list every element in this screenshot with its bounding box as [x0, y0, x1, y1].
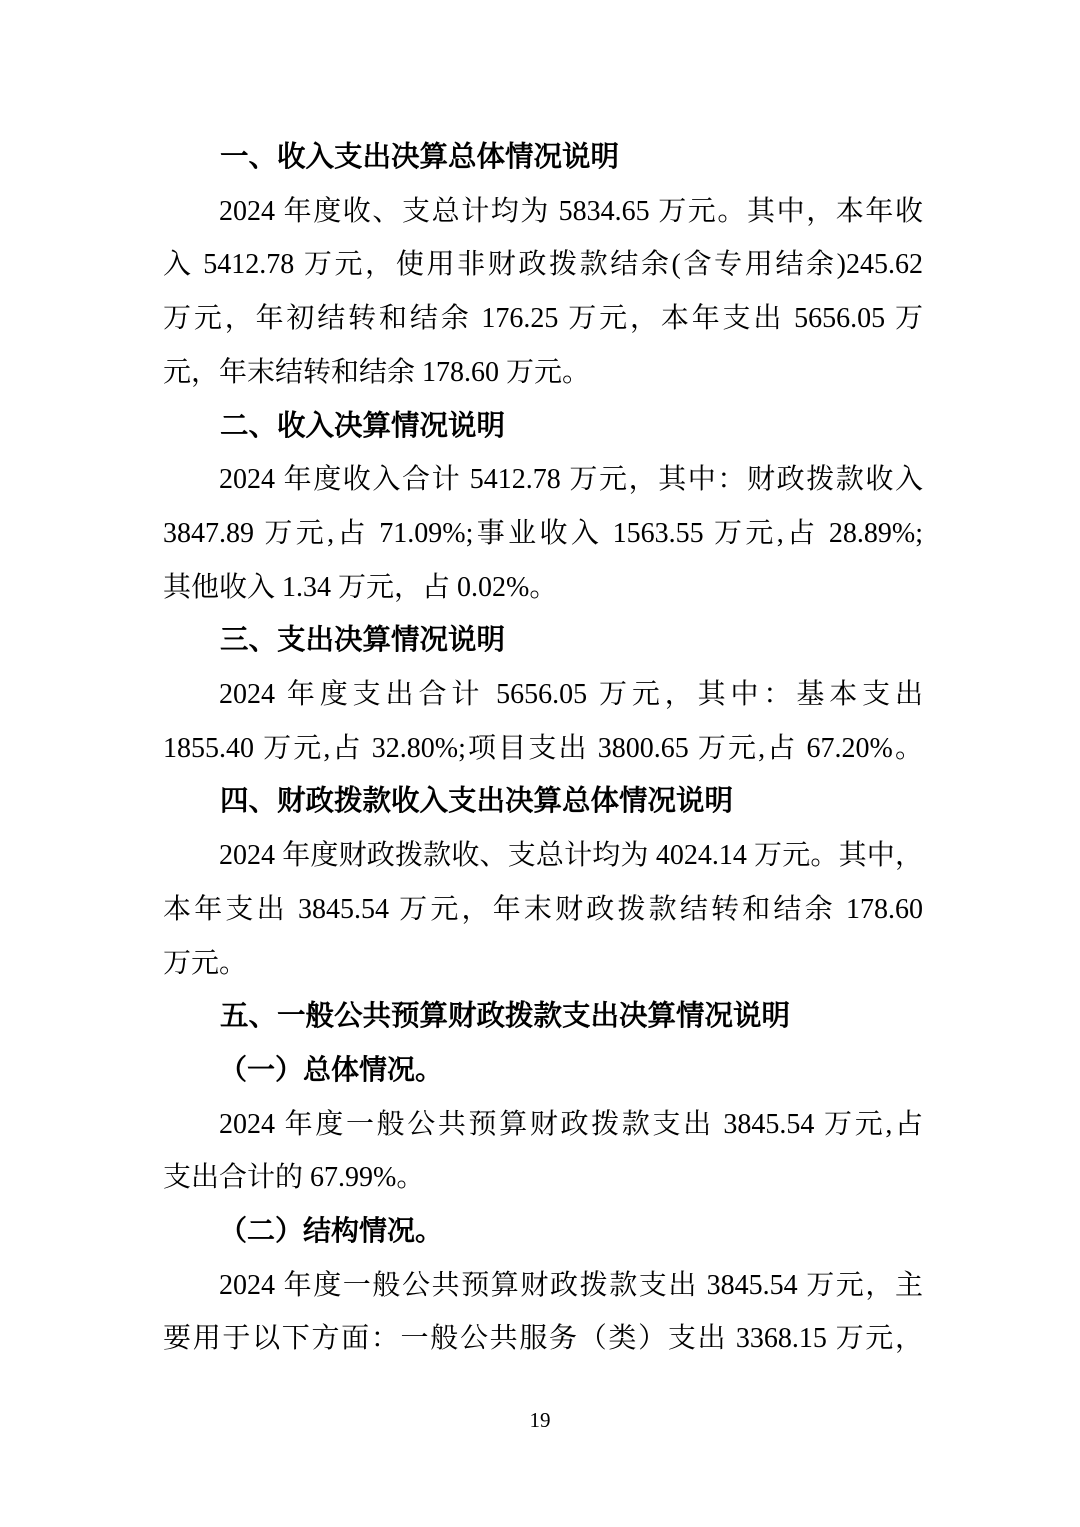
paragraph-line: 其他收入 1.34 万元，占 0.02%。	[163, 561, 923, 615]
paragraph-line: 2024 年度一般公共预算财政拨款支出 3845.54 万元,占	[163, 1098, 923, 1152]
paragraph-line: 2024 年度支出合计 5656.05 万元，其中：基本支出	[163, 668, 923, 722]
paragraph-line: 3847.89 万元,占 71.09%;事业收入 1563.55 万元,占 28…	[163, 507, 923, 561]
paragraph-section-1: 2024 年度收、支总计均为 5834.65 万元。其中，本年收 入 5412.…	[163, 185, 923, 400]
paragraph-section-4: 2024 年度财政拨款收、支总计均为 4024.14 万元。其中， 本年支出 3…	[163, 829, 923, 990]
document-page: 一、收入支出决算总体情况说明 2024 年度收、支总计均为 5834.65 万元…	[0, 0, 1080, 1527]
paragraph-section-5-2: 2024 年度一般公共预算财政拨款支出 3845.54 万元，主 要用于以下方面…	[163, 1259, 923, 1366]
paragraph-line: 1855.40 万元,占 32.80%;项目支出 3800.65 万元,占 67…	[163, 722, 923, 776]
paragraph-line: 2024 年度收、支总计均为 5834.65 万元。其中，本年收	[163, 185, 923, 239]
page-number: 19	[530, 1408, 551, 1432]
paragraph-section-3: 2024 年度支出合计 5656.05 万元，其中：基本支出 1855.40 万…	[163, 668, 923, 775]
paragraph-line: 万元。	[163, 937, 923, 991]
heading-section-3: 三、支出决算情况说明	[163, 614, 923, 668]
page-footer: 19	[0, 1406, 1080, 1434]
heading-section-5: 五、一般公共预算财政拨款支出决算情况说明	[163, 990, 923, 1044]
document-content: 一、收入支出决算总体情况说明 2024 年度收、支总计均为 5834.65 万元…	[163, 131, 923, 1366]
paragraph-line: 要用于以下方面：一般公共服务（类）支出 3368.15 万元，	[163, 1312, 923, 1366]
paragraph-line: 本年支出 3845.54 万元，年末财政拨款结转和结余 178.60	[163, 883, 923, 937]
paragraph-line: 支出合计的 67.99%。	[163, 1151, 923, 1205]
paragraph-line: 元，年末结转和结余 178.60 万元。	[163, 346, 923, 400]
paragraph-line: 2024 年度财政拨款收、支总计均为 4024.14 万元。其中，	[163, 829, 923, 883]
paragraph-line: 万元，年初结转和结余 176.25 万元，本年支出 5656.05 万	[163, 292, 923, 346]
heading-section-4: 四、财政拨款收入支出决算总体情况说明	[163, 775, 923, 829]
paragraph-line: 入 5412.78 万元，使用非财政拨款结余(含专用结余)245.62	[163, 238, 923, 292]
heading-section-2: 二、收入决算情况说明	[163, 400, 923, 454]
paragraph-line: 2024 年度一般公共预算财政拨款支出 3845.54 万元，主	[163, 1259, 923, 1313]
paragraph-line: 2024 年度收入合计 5412.78 万元，其中：财政拨款收入	[163, 453, 923, 507]
paragraph-section-5-1: 2024 年度一般公共预算财政拨款支出 3845.54 万元,占 支出合计的 6…	[163, 1098, 923, 1205]
subheading-section-5-1: （一）总体情况。	[163, 1044, 923, 1098]
heading-section-1: 一、收入支出决算总体情况说明	[163, 131, 923, 185]
paragraph-section-2: 2024 年度收入合计 5412.78 万元，其中：财政拨款收入 3847.89…	[163, 453, 923, 614]
subheading-section-5-2: （二）结构情况。	[163, 1205, 923, 1259]
